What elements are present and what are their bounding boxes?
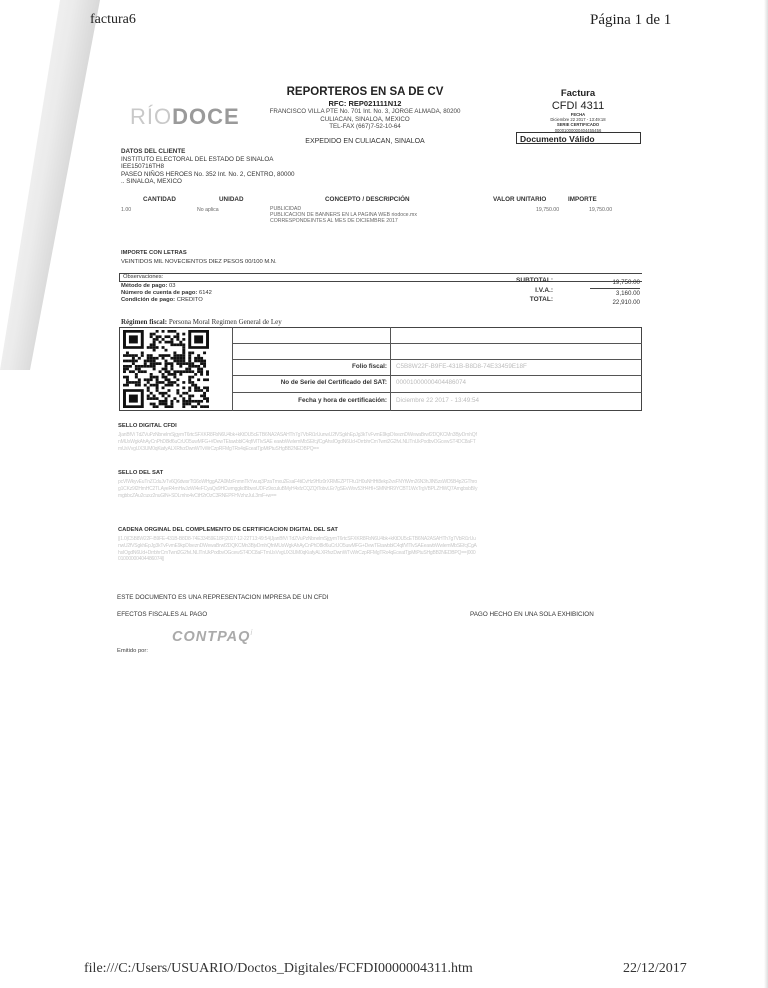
amount-in-words: IMPORTE CON LETRAS VEINTIDOS MIL NOVECIE… xyxy=(121,249,277,267)
expedido-en: EXPEDIDO EN CULIACAN, SINALOA xyxy=(240,138,490,145)
issuer-address: FRANCISCO VILLA PTE No. 701 Int. No. 3, … xyxy=(240,108,490,116)
sello-cfdi-text: JjanBfVi TdZVuPzNbnelmSjgymT6rtcSFXKR8Fb… xyxy=(118,432,478,460)
totals-values: 19,750.00 3,160.00 22,910.00 xyxy=(590,278,640,308)
serie-sat-label: No de Serie del Certificado del SAT: xyxy=(234,379,387,386)
subtotal-value: 19,750.00 xyxy=(590,278,640,289)
table-divider xyxy=(232,359,642,360)
issuer-city: CULIACAN, SINALOA, MEXICO xyxy=(240,116,490,124)
total-value: 22,910.00 xyxy=(590,298,640,308)
issuer-name: REPORTEROS EN SA DE CV xyxy=(240,86,490,98)
client-address: PASEO NIÑOS HEROES No. 352 Int. No. 2, C… xyxy=(121,171,294,179)
payment-condition: CREDITO xyxy=(177,297,203,303)
invoice-number: CFDI 4311 xyxy=(518,100,638,112)
invoice-type: Factura xyxy=(518,88,638,99)
client-heading: DATOS DEL CLIENTE xyxy=(121,148,294,156)
cert-date-label: Fecha y hora de certificación: xyxy=(234,397,387,404)
issuer-block: REPORTEROS EN SA DE CV RFC: REP021111N12… xyxy=(240,86,490,131)
exhibicion-note: PAGO HECHO EN UNA SOLA EXHIBICION xyxy=(470,611,594,618)
folio-fiscal-label: Folio fiscal: xyxy=(234,363,387,370)
observations-label: Observaciones: xyxy=(123,274,163,280)
print-footer-path: file:///C:/Users/USUARIO/Doctos_Digitale… xyxy=(84,961,473,977)
scanned-page-curl xyxy=(0,0,100,370)
iva-value: 3,160.00 xyxy=(590,289,640,299)
totals-labels: SUBTOTAL: I.V.A.: TOTAL: xyxy=(480,276,553,305)
page-edge xyxy=(764,0,768,988)
cert-date-value: Diciembre 22 2017 - 13:49:54 xyxy=(396,397,479,404)
item-concepto: PUBLICIDAD PUBLICACION DE BANNERS EN LA … xyxy=(270,206,417,224)
print-header-title: factura6 xyxy=(90,12,136,28)
payment-method: 03 xyxy=(169,283,175,289)
qr-code xyxy=(123,330,209,408)
client-block: DATOS DEL CLIENTE INSTITUTO ELECTORAL DE… xyxy=(121,148,294,186)
contpaq-logo: CONTPAQi xyxy=(172,628,253,645)
table-divider xyxy=(232,343,642,344)
payment-info: Método de pago: 03 Número de cuenta de p… xyxy=(121,283,212,304)
sello-sat-title: SELLO DEL SAT xyxy=(118,470,163,476)
item-importe: 19,750.00 xyxy=(589,207,612,213)
sello-sat-text: pcVIWkyvEuTnZCduJvTv6Q6dwsrTt16oWHggAZA0… xyxy=(118,479,478,514)
cadena-text: ||1.0|C5B8W22F-B9FE-431B-B8D8-74E33459E1… xyxy=(118,536,478,576)
table-divider xyxy=(232,392,642,393)
observations-box xyxy=(119,273,642,282)
client-rfc: IEE150716TH8 xyxy=(121,163,294,171)
print-footer-date: 22/12/2017 xyxy=(623,961,687,977)
item-unidad: No aplica xyxy=(197,207,219,213)
issuer-logo: RÍODOCE xyxy=(130,104,240,130)
col-header-unidad: UNIDAD xyxy=(219,196,244,203)
col-header-concepto: CONCEPTO / DESCRIPCIÓN xyxy=(325,196,410,203)
col-header-valor-unitario: VALOR UNITARIO xyxy=(493,196,546,203)
representacion-note: ESTE DOCUMENTO ES UNA REPRESENTACION IMP… xyxy=(117,594,328,601)
print-header-page: Página 1 de 1 xyxy=(590,12,671,29)
col-header-importe: IMPORTE xyxy=(568,196,597,203)
item-cantidad: 1.00 xyxy=(121,207,131,213)
issuer-rfc: RFC: REP021111N12 xyxy=(240,99,490,108)
regimen-fiscal: Régimen fiscal: Persona Moral Regimen Ge… xyxy=(121,318,282,326)
table-divider xyxy=(232,375,642,376)
col-header-cantidad: CANTIDAD xyxy=(143,196,176,203)
table-divider xyxy=(390,327,391,411)
payment-account: 6142 xyxy=(199,290,212,296)
emitido-por: Emitido por: xyxy=(117,648,148,654)
status-badge: Documento Válido xyxy=(516,132,641,144)
item-valor-unitario: 19,750.00 xyxy=(536,207,559,213)
serie-sat-value: 00001000000404486074 xyxy=(396,379,466,386)
client-name: INSTITUTO ELECTORAL DEL ESTADO DE SINALO… xyxy=(121,156,294,164)
efectos-note: EFECTOS FISCALES AL PAGO xyxy=(117,611,207,618)
table-divider xyxy=(232,327,233,411)
folio-fiscal-value: C5B8W22F-B9FE-431B-B8D8-74E33459E18F xyxy=(396,363,527,370)
issuer-phone: TEL-FAX (667)7-52-10-64 xyxy=(240,123,490,131)
client-city: .. SINALOA, MEXICO xyxy=(121,178,294,186)
sello-cfdi-title: SELLO DIGITAL CFDI xyxy=(118,423,177,429)
invoice-id-block: Factura CFDI 4311 FECHA Diciembre 22 201… xyxy=(518,88,638,133)
cadena-title: CADENA ORGINAL DEL COMPLEMENTO DE CERTIF… xyxy=(118,527,338,533)
